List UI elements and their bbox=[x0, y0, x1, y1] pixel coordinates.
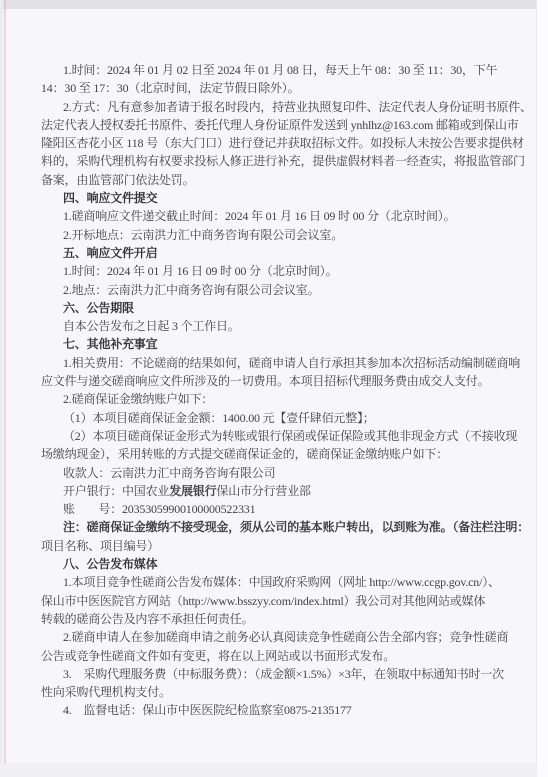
page-bottom-shade bbox=[0, 763, 537, 777]
line-text: 八、公告发布媒体 bbox=[63, 557, 157, 571]
binder-margin-line bbox=[4, 0, 6, 777]
document-line: 4. 监督电话：保山市中医医院纪检监察室0875-2135177 bbox=[41, 701, 525, 719]
document-line: 料的，采购代理机构有权要求投标人修正进行补充，提供虚假材料者一经查实，将报监管部… bbox=[41, 152, 525, 170]
document-line: 收款人：云南洪力汇中商务咨询有限公司 bbox=[41, 464, 525, 482]
document-line: 性向采购代理机构支付。 bbox=[41, 683, 525, 701]
document-line: 备案，由监管部门依法处罚。 bbox=[41, 171, 525, 189]
page-right-edge bbox=[536, 0, 548, 777]
line-text: 公告或竞争性磋商文件如有变更，将在以上网站或以书面形式发布。 bbox=[41, 649, 395, 663]
document-line: 1.时间：2024 年 01 月 02 日至 2024 年 01 月 08 日，… bbox=[41, 61, 525, 79]
document-line: 开户银行：中国农业发展银行保山市分行营业部 bbox=[41, 482, 525, 500]
document-line: 项目名称、项目编号） bbox=[41, 537, 525, 555]
document-line: 1.时间：2024 年 01 月 16 日 09 时 00 分（北京时间）。 bbox=[41, 262, 525, 280]
line-text: 2.磋商保证金缴纳账户如下： bbox=[63, 392, 213, 406]
line-text: 收款人：云南洪力汇中商务咨询有限公司 bbox=[63, 466, 275, 480]
document-line: 公告或竞争性磋商文件如有变更，将在以上网站或以书面形式发布。 bbox=[41, 647, 525, 665]
document-line: 1.本项目竞争性磋商公告发布媒体：中国政府采购网（网址 http://www.c… bbox=[41, 573, 525, 591]
line-text: 料的，采购代理机构有权要求投标人修正进行补充，提供虚假材料者一经查实，将报监管部… bbox=[41, 154, 525, 168]
line-text: 应文件与递交磋商响应文件所涉及的一切费用。本项目招标代理服务费由成交人支付。 bbox=[41, 374, 489, 388]
document-line: 场缴纳现金），采用转账的方式提交磋商保证金的，磋商保证金缴纳账户如下： bbox=[41, 445, 525, 463]
document-line: 转载的磋商公告及内容不承担任何责任。 bbox=[41, 610, 525, 628]
document-line: 2.磋商保证金缴纳账户如下： bbox=[41, 390, 525, 408]
section-heading: 五、响应文件开启 bbox=[41, 244, 525, 262]
document-line: 2.方式：凡有意参加者请于报名时段内，持营业执照复印件、法定代表人身份证明书原件… bbox=[41, 98, 525, 116]
document-line: 2.磋商申请人在参加磋商申请之前务必认真阅读竞争性磋商公告全部内容；竞争性磋商 bbox=[41, 628, 525, 646]
document-line: 1.相关费用：不论磋商的结果如何，磋商申请人自行承担其参加本次招标活动编制磋商响 bbox=[41, 354, 525, 372]
line-text: 账 号：20353059900100000522331 bbox=[63, 502, 255, 516]
line-text: 项目名称、项目编号） bbox=[41, 539, 159, 553]
line-text: 开户银行：中国农业 bbox=[63, 484, 169, 498]
line-text: 性向采购代理机构支付。 bbox=[41, 685, 171, 699]
document-line: 隆阳区杏花小区 118 号（东大门口）进行登记并获取招标文件。如投标人未按公告要… bbox=[41, 134, 525, 152]
section-heading: 四、响应文件提交 bbox=[41, 189, 525, 207]
line-text: 隆阳区杏花小区 118 号（东大门口）进行登记并获取招标文件。如投标人未按公告要… bbox=[41, 136, 524, 150]
document-line: 自本公告发布之日起 3 个工作日。 bbox=[41, 317, 525, 335]
line-text: 1.时间：2024 年 01 月 16 日 09 时 00 分（北京时间）。 bbox=[63, 264, 337, 278]
document-line: 注：磋商保证金缴纳不接受现金，须从公司的基本账户转出，以到账为准。（备注栏注明： bbox=[41, 518, 525, 536]
section-heading: 八、公告发布媒体 bbox=[41, 555, 525, 573]
document-line: 2.开标地点：云南洪力汇中商务咨询有限公司会议室。 bbox=[41, 226, 525, 244]
page-top-edge bbox=[0, 0, 537, 9]
line-text: 法定代表人授权委托书原件、委托代理人身份证原件发送到 ynhlhz@163.co… bbox=[41, 118, 519, 132]
line-text: 注：磋商保证金缴纳不接受现金，须从公司的基本账户转出，以到账为准。（备注栏注明： bbox=[63, 520, 529, 534]
line-text: （2）本项目磋商保证金形式为转账或银行保函或保证保险或其他非现金方式（不接收现 bbox=[63, 429, 517, 443]
line-text: 4. 监督电话：保山市中医医院纪检监察室0875-2135177 bbox=[63, 703, 352, 717]
line-text: 保山市中医医院官方网站（http://www.bsszyy.com/index.… bbox=[41, 594, 485, 608]
document-line: 14：30 至 17：30（北京时间，法定节假日除外）。 bbox=[41, 79, 525, 97]
line-text: 四、响应文件提交 bbox=[63, 191, 157, 205]
page-left-edge bbox=[0, 0, 3, 777]
document-line: 保山市中医医院官方网站（http://www.bsszyy.com/index.… bbox=[41, 592, 525, 610]
document-line: 1.磋商响应文件递交截止时间：2024 年 01 月 16 日 09 时 00 … bbox=[41, 207, 525, 225]
line-text: （1）本项目磋商保证金金额：1400.00 元【壹仟肆佰元整】； bbox=[63, 411, 375, 425]
document-line: 2.地点：云南洪力汇中商务咨询有限公司会议室。 bbox=[41, 281, 525, 299]
line-text: 六、公告期限 bbox=[63, 301, 134, 315]
scanned-document-page: 1.时间：2024 年 01 月 02 日至 2024 年 01 月 08 日，… bbox=[0, 0, 548, 777]
line-text: 14：30 至 17：30（北京时间，法定节假日除外）。 bbox=[41, 81, 299, 95]
line-text: 发展银行 bbox=[169, 484, 216, 498]
line-text: 1.磋商响应文件递交截止时间：2024 年 01 月 16 日 09 时 00 … bbox=[63, 209, 455, 223]
line-text: 转载的磋商公告及内容不承担任何责任。 bbox=[41, 612, 253, 626]
line-text: 七、其他补充事宜 bbox=[63, 337, 157, 351]
line-text: 2.开标地点：云南洪力汇中商务咨询有限公司会议室。 bbox=[63, 228, 343, 242]
line-text: 1.本项目竞争性磋商公告发布媒体：中国政府采购网（网址 http://www.c… bbox=[63, 575, 500, 589]
document-line: 账 号：20353059900100000522331 bbox=[41, 500, 525, 518]
line-text: 1.时间：2024 年 01 月 02 日至 2024 年 01 月 08 日，… bbox=[63, 63, 497, 77]
document-line: 应文件与递交磋商响应文件所涉及的一切费用。本项目招标代理服务费由成交人支付。 bbox=[41, 372, 525, 390]
document-line: （1）本项目磋商保证金金额：1400.00 元【壹仟肆佰元整】； bbox=[41, 409, 525, 427]
line-text: 场缴纳现金），采用转账的方式提交磋商保证金的，磋商保证金缴纳账户如下： bbox=[41, 447, 448, 461]
document-line: 3. 采购代理服务费（中标服务费）：（成金额×1.5%）×3年，在领取中标通知书… bbox=[41, 665, 525, 683]
line-text: 3. 采购代理服务费（中标服务费）：（成金额×1.5%）×3年，在领取中标通知书… bbox=[63, 667, 504, 681]
line-text: 备案，由监管部门依法处罚。 bbox=[41, 173, 194, 187]
line-text: 2.磋商申请人在参加磋商申请之前务必认真阅读竞争性磋商公告全部内容；竞争性磋商 bbox=[63, 630, 508, 644]
line-text: 2.方式：凡有意参加者请于报名时段内，持营业执照复印件、法定代表人身份证明书原件… bbox=[63, 100, 532, 114]
section-heading: 七、其他补充事宜 bbox=[41, 335, 525, 353]
line-text: 五、响应文件开启 bbox=[63, 246, 157, 260]
line-text: 保山市分行营业部 bbox=[216, 484, 310, 498]
line-text: 1.相关费用：不论磋商的结果如何，磋商申请人自行承担其参加本次招标活动编制磋商响 bbox=[63, 356, 520, 370]
section-heading: 六、公告期限 bbox=[41, 299, 525, 317]
announcement-body: 1.时间：2024 年 01 月 02 日至 2024 年 01 月 08 日，… bbox=[41, 61, 525, 720]
document-line: 法定代表人授权委托书原件、委托代理人身份证原件发送到 ynhlhz@163.co… bbox=[41, 116, 525, 134]
document-line: （2）本项目磋商保证金形式为转账或银行保函或保证保险或其他非现金方式（不接收现 bbox=[41, 427, 525, 445]
line-text: 2.地点：云南洪力汇中商务咨询有限公司会议室。 bbox=[63, 283, 319, 297]
line-text: 自本公告发布之日起 3 个工作日。 bbox=[63, 319, 240, 333]
